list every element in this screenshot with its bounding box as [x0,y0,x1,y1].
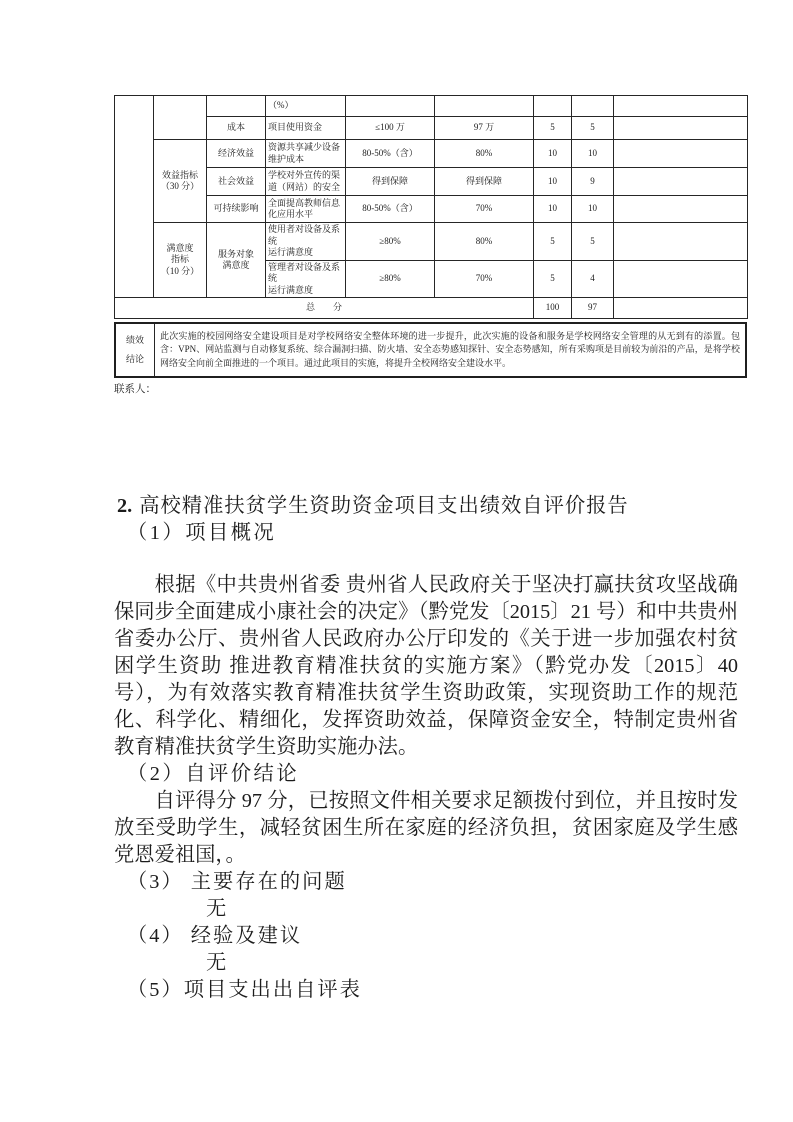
cost-indicator-cell: 项目使用资金 [266,117,346,140]
notes-cell [614,96,748,117]
performance-score-table: （%） 成本 项目使用资金 ≤100 万 97 万 5 5 效益指标 （30 分… [114,95,748,319]
total-points-cell: 100 [534,298,572,319]
cost-sub-cell: 成本 [207,117,266,140]
table-row-sustainability: 可持续影响 全面提高教师信息 化应用水平 80-50%（含） 70% 10 10 [115,196,748,223]
social-score-cell: 9 [572,168,614,196]
points-empty-cell [534,96,572,117]
sustainability-actual-cell: 70% [435,196,534,223]
notes-cell [614,223,748,261]
section-3-heading: （3） 主要存在的问题 [114,869,738,896]
score-empty-cell [572,96,614,117]
cost-target-cell: ≤100 万 [346,117,435,140]
table-row-social: 社会效益 学校对外宣传的渠 道（网站）的安全 得到保障 得到保障 10 9 [115,168,748,196]
section-5-heading: （5）项目支出出自评表 [114,977,738,1004]
user-satisfaction-points-cell: 5 [534,223,572,261]
social-target-cell: 得到保障 [346,168,435,196]
group-continued-cell [154,96,207,140]
section-4-heading: （4） 经验及建议 [114,923,738,950]
cost-score-cell: 5 [572,117,614,140]
section-2-heading: （2）自评价结论 [114,761,738,788]
manager-satisfaction-indicator-cell: 管理者对设备及系统 运行满意度 [266,260,346,298]
total-label-cell: 总 分 [115,298,534,319]
sustainability-sub-cell: 可持续影响 [207,196,266,223]
economic-target-cell: 80-50%（含） [346,140,435,168]
manager-satisfaction-points-cell: 5 [534,260,572,298]
table-row-percent-tail: （%） [115,96,748,117]
user-satisfaction-target-cell: ≥80% [346,223,435,261]
conclusion-row: 绩效 结论 此次实施的校园网络安全建设项目是对学校网络安全整体环境的进一步提升，… [115,323,746,377]
user-satisfaction-actual-cell: 80% [435,223,534,261]
performance-conclusion-table: 绩效 结论 此次实施的校园网络安全建设项目是对学校网络安全整体环境的进一步提升，… [114,322,747,378]
sub-continued-cell [207,96,266,117]
cost-points-cell: 5 [534,117,572,140]
notes-cell [614,140,748,168]
contact-label: 联系人： [114,383,793,396]
notes-cell [614,260,748,298]
indicator-tail-cell: （%） [266,96,346,117]
conclusion-text-cell: 此次实施的校园网络安全建设项目是对学校网络安全整体环境的进一步提升，此次实施的设… [155,323,747,377]
notes-cell [614,196,748,223]
report-heading-title: 高校精准扶贫学生资助资金项目支出绩效自评价报告 [139,495,628,517]
section-1-heading: （1）项目概况 [114,520,738,547]
user-satisfaction-score-cell: 5 [572,223,614,261]
self-evaluation-paragraph: 自评得分 97 分，已按照文件相关要求足额拨付到位，并且按时发放至受助学生，减轻… [114,788,738,869]
table-row-cost: 成本 项目使用资金 ≤100 万 97 万 5 5 [115,117,748,140]
satisfaction-group-cell: 满意度 指标 （10 分） [154,223,207,298]
manager-satisfaction-score-cell: 4 [572,260,614,298]
notes-cell [614,117,748,140]
target-empty-cell [346,96,435,117]
table-row-total: 总 分 100 97 [115,298,748,319]
report-section: 2.高校精准扶贫学生资助资金项目支出绩效自评价报告 （1）项目概况 根据《中共贵… [114,493,738,1004]
left-spacer-cell [115,96,154,298]
sustainability-indicator-cell: 全面提高教师信息 化应用水平 [266,196,346,223]
notes-cell [614,168,748,196]
manager-satisfaction-target-cell: ≥80% [346,260,435,298]
sustainability-score-cell: 10 [572,196,614,223]
document-page: （%） 成本 项目使用资金 ≤100 万 97 万 5 5 效益指标 （30 分… [0,0,793,1122]
table-row-user-satisfaction: 满意度 指标 （10 分） 服务对象 满意度 使用者对设备及系统 运行满意度 ≥… [115,223,748,261]
user-satisfaction-indicator-cell: 使用者对设备及系统 运行满意度 [266,223,346,261]
economic-indicator-cell: 资源共享减少设备 维护成本 [266,140,346,168]
economic-actual-cell: 80% [435,140,534,168]
project-overview-paragraph: 根据《中共贵州省委 贵州省人民政府关于坚决打赢扶贫攻坚战确保同步全面建成小康社会… [114,572,738,761]
notes-cell [614,298,748,319]
document-content: （%） 成本 项目使用资金 ≤100 万 97 万 5 5 效益指标 （30 分… [0,0,793,1004]
conclusion-label-cell: 绩效 结论 [115,323,155,377]
total-score-cell: 97 [572,298,614,319]
report-heading-number: 2. [117,495,139,517]
actual-empty-cell [435,96,534,117]
report-heading: 2.高校精准扶贫学生资助资金项目支出绩效自评价报告 [114,493,738,520]
social-points-cell: 10 [534,168,572,196]
benefit-group-cell: 效益指标 （30 分） [154,140,207,223]
sustainability-target-cell: 80-50%（含） [346,196,435,223]
economic-sub-cell: 经济效益 [207,140,266,168]
section-3-content: 无 [114,896,738,923]
sustainability-points-cell: 10 [534,196,572,223]
social-sub-cell: 社会效益 [207,168,266,196]
social-indicator-cell: 学校对外宣传的渠 道（网站）的安全 [266,168,346,196]
cost-actual-cell: 97 万 [435,117,534,140]
section-4-content: 无 [114,950,738,977]
table-row-economic: 效益指标 （30 分） 经济效益 资源共享减少设备 维护成本 80-50%（含）… [115,140,748,168]
social-actual-cell: 得到保障 [435,168,534,196]
economic-points-cell: 10 [534,140,572,168]
economic-score-cell: 10 [572,140,614,168]
service-target-cell: 服务对象 满意度 [207,223,266,298]
manager-satisfaction-actual-cell: 70% [435,260,534,298]
